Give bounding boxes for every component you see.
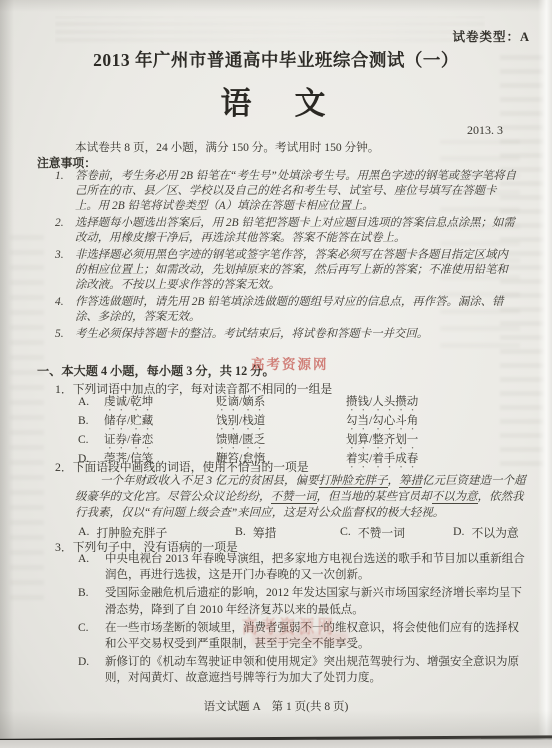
notice-text: 非选择题必须用黑色字迹的钢笔或签字笔作答，答案必须写在答题卡各题目指定区域内的相… (75, 248, 517, 293)
notice-number: 2. (55, 216, 75, 246)
question-2-passage: 一个年财政收入不足 3 亿元的贫困县，偏要打肿脸充胖子，筹措亿元巨资建造一个超级… (75, 473, 527, 522)
passage-segment: ， (388, 475, 400, 487)
option-letter: D. (78, 654, 105, 686)
underlined-phrase: 不赞一词 (271, 491, 317, 504)
word-pair: 划算/整齐划一 (346, 433, 538, 452)
notice-item: 4. 作答选做题时，请先用 2B 铅笔填涂选做题的题组号对应的信息点，再作答。漏… (55, 295, 517, 325)
notice-number: 1. (55, 169, 75, 214)
option-letter: C. (340, 524, 351, 541)
underlined-phrase: 筹措 (399, 475, 422, 488)
notice-text: 考生必须保持答题卡的整洁。考试结束后，将试卷和答题卡一并交回。 (75, 327, 517, 342)
notice-number: 4. (55, 295, 75, 325)
option-d: D. 不以为意 (453, 524, 519, 541)
word-pair: 着实/着手成春 (346, 452, 538, 471)
word-pair: 储存/贮藏 (104, 414, 216, 433)
option-letter: D. (453, 524, 464, 541)
option-letter: C. (78, 620, 105, 652)
word-pair: 贬谪/嫡系 (216, 395, 346, 414)
word-pair: 虔诚/乾坤 (104, 395, 216, 414)
notice-text: 选择题每小题选出答案后，用 2B 铅笔把答题卡上对应题目选项的答案信息点涂黑；如… (75, 216, 517, 246)
word-pair: 攒钱/人头攒动 (346, 395, 538, 414)
option-text: 不以为意 (471, 524, 518, 541)
option-c: C. 不赞一词 (340, 524, 453, 541)
passage-segment: ，但当地的某些官员却 (317, 491, 432, 503)
notice-number: 5. (55, 327, 75, 342)
underlined-phrase: 打肿脸充胖子 (319, 475, 388, 488)
word-pair: 勾当/勾心斗角 (346, 414, 538, 433)
notice-item: 3. 非选择题必须用黑色字迹的钢笔或签字笔作答，答案必须写在答题卡各题目指定区域… (55, 248, 517, 293)
option-letter: B. (78, 414, 104, 433)
word-pair: 饯别/栈道 (216, 414, 346, 433)
option-letter: A. (78, 551, 105, 583)
notice-text: 作答选做题时，请先用 2B 铅笔填涂选做题的题组号对应的信息点，再作答。漏涂、错… (75, 295, 517, 325)
option-letter: B. (78, 585, 105, 617)
option-row-c: C. 证券/眷恋 馈赠/匮乏 划算/整齐划一 (78, 433, 538, 452)
exam-info-line: 本试卷共 8 页，24 小题，满分 150 分。考试用时 150 分钟。 (75, 139, 535, 155)
scanner-background (0, 740, 552, 748)
notices-list: 1. 答卷前，考生务必用 2B 铅笔在“考生号”处填涂考生号。用黑色字迹的钢笔或… (55, 169, 517, 344)
paper-type-label: 试卷类型：A (452, 27, 530, 45)
scan-shadow-top (0, 0, 552, 12)
section-heading: 一、本大题 4 小题，每小题 3 分，共 12 分。 (37, 362, 275, 379)
underlined-phrase: 不以为意 (432, 491, 478, 504)
option-letter: C. (78, 433, 104, 452)
option-text: 新修订的《机动车驾驶证申领和使用规定》突出规范驾驶行为、增强安全意识为原则，对闯… (105, 654, 530, 686)
bleedthrough-smudge (10, 230, 44, 610)
notice-item: 5. 考生必须保持答题卡的整洁。考试结束后，将试卷和答题卡一并交回。 (55, 327, 517, 342)
word-pair: 证券/眷恋 (104, 433, 216, 452)
option-text: 中央电视台 2013 年春晚导演组，把多家地方电视台选送的歌手和节目加以重新组合… (105, 551, 530, 583)
watermark-red-blob (252, 632, 348, 644)
option-letter: A. (78, 395, 104, 414)
ks5u-watermark: 高考资源网 (251, 353, 329, 373)
option-text: 筹措 (253, 524, 277, 541)
word-pair: 馈赠/匮乏 (216, 433, 346, 452)
scanned-exam-page: 试卷类型：A 2013 年广州市普通高中毕业班综合测试（一） 语 文 2013.… (0, 0, 552, 748)
passage-segment: 一个年财政收入不足 3 亿元的贫困县，偏要 (100, 475, 319, 487)
bottom-shadow (0, 710, 552, 738)
option-d: D. 新修订的《机动车驾驶证申领和使用规定》突出规范驾驶行为、增强安全意识为原则… (78, 654, 530, 686)
exam-title: 2013 年广州市普通高中毕业班综合测试（一） (0, 47, 552, 72)
notice-text: 答卷前，考生务必用 2B 铅笔在“考生号”处填涂考生号。用黑色字迹的钢笔或签字笔… (75, 169, 517, 214)
option-text: 不赞一词 (358, 524, 405, 541)
option-row-a: A. 虔诚/乾坤 贬谪/嫡系 攒钱/人头攒动 (78, 395, 538, 414)
notice-item: 1. 答卷前，考生务必用 2B 铅笔在“考生号”处填涂考生号。用黑色字迹的钢笔或… (55, 169, 517, 214)
subject-title: 语 文 (0, 78, 552, 123)
bleedthrough-smudge (55, 16, 485, 46)
option-a: A. 中央电视台 2013 年春晚导演组，把多家地方电视台选送的歌手和节目加以重… (78, 551, 530, 583)
notice-number: 3. (55, 248, 75, 293)
option-row-b: B. 储存/贮藏 饯别/栈道 勾当/勾心斗角 (78, 414, 538, 433)
notice-item: 2. 选择题每小题选出答案后，用 2B 铅笔把答题卡上对应题目选项的答案信息点涂… (55, 216, 517, 246)
exam-date: 2013. 3 (467, 123, 503, 138)
option-b: B. 筹措 (235, 524, 340, 541)
